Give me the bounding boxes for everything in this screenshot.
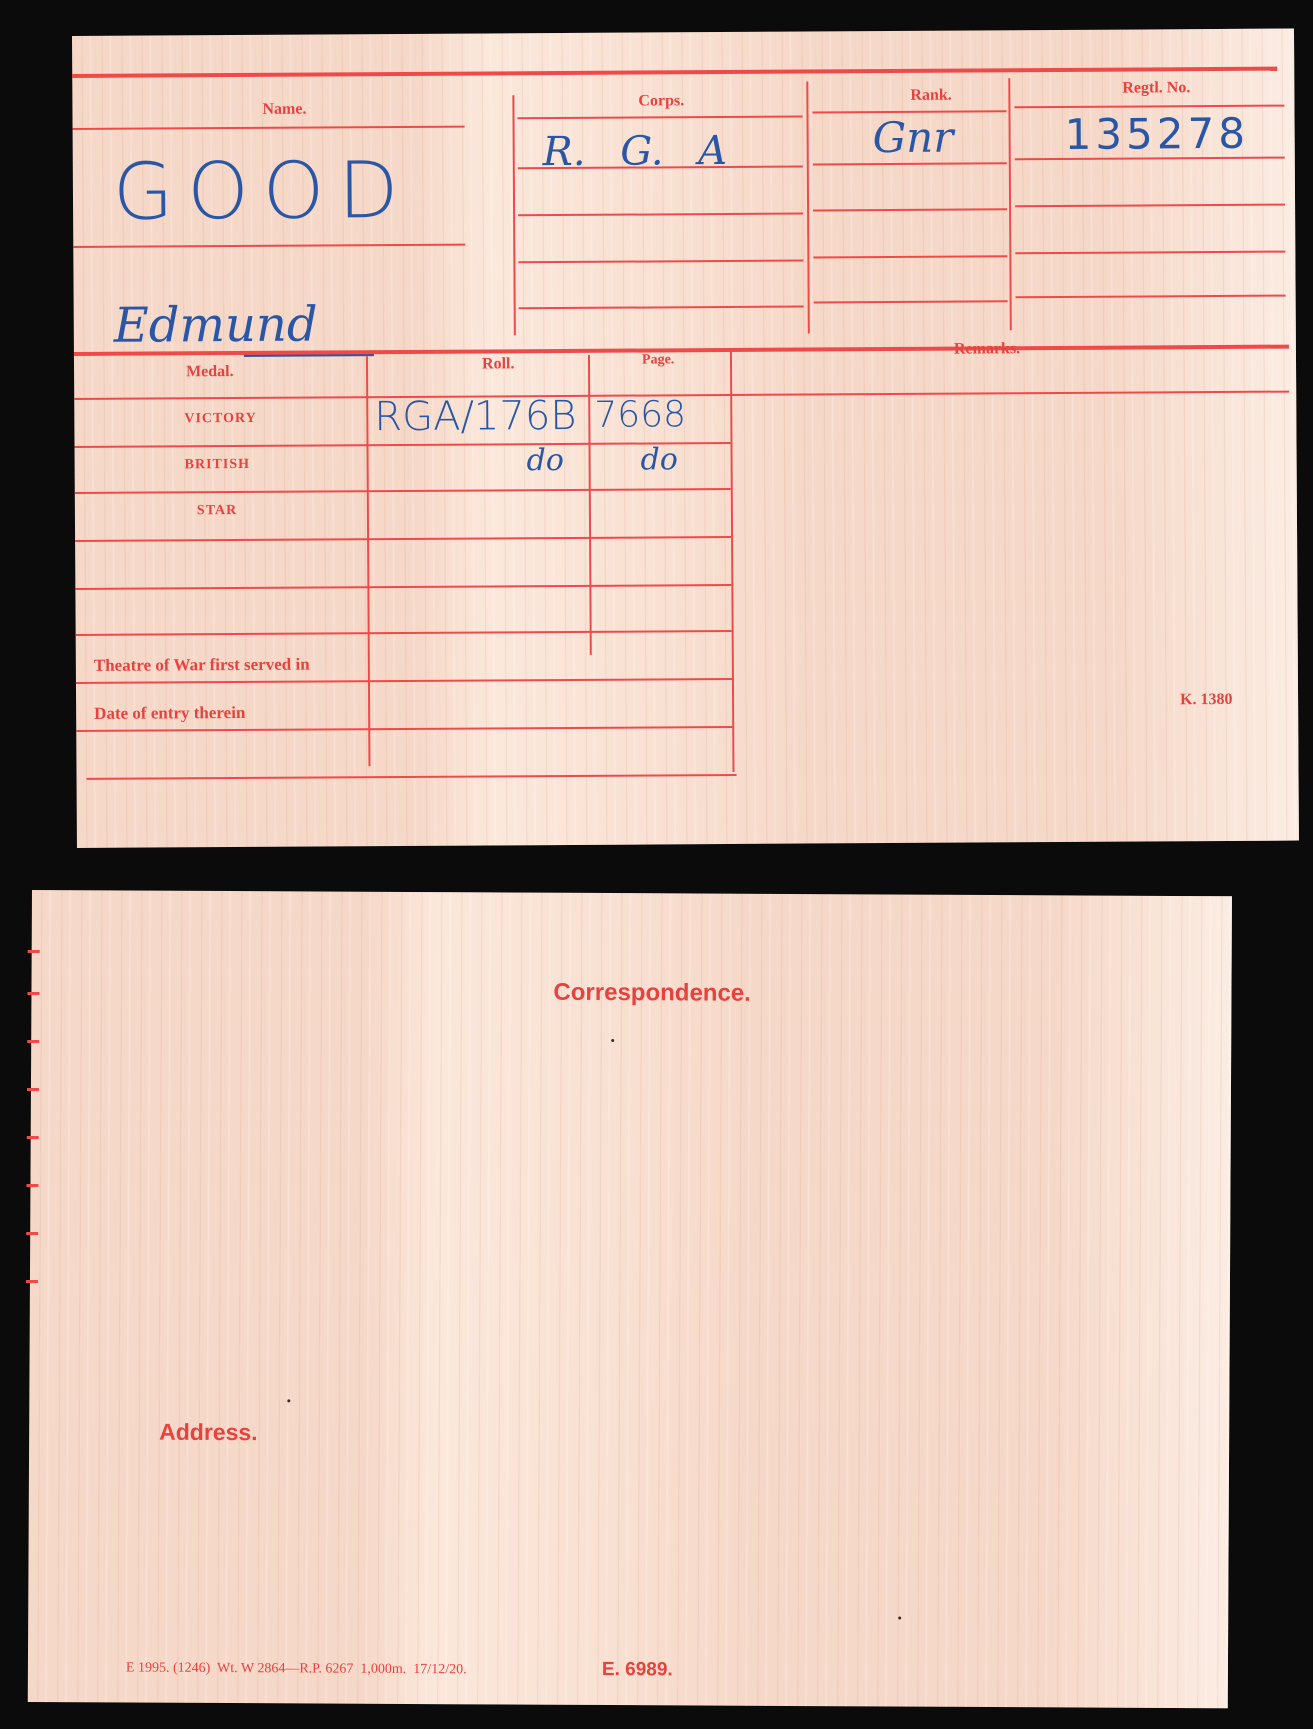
- speck: [611, 1039, 614, 1042]
- medal-label-british: BRITISH: [185, 457, 250, 473]
- margin-tick: [27, 992, 39, 995]
- rule: [1015, 204, 1285, 208]
- rule: [813, 162, 1007, 165]
- medal-label-star: STAR: [197, 503, 237, 519]
- rule-vertical: [588, 355, 592, 655]
- rule-vertical: [730, 352, 735, 772]
- rule: [73, 126, 465, 130]
- corps-entry: R. G. A: [543, 128, 728, 175]
- rule: [75, 488, 731, 494]
- rule-vertical: [512, 95, 515, 335]
- rule: [1016, 295, 1286, 299]
- form-code: K. 1380: [1180, 691, 1233, 709]
- medal-index-card-back: Correspondence. Address. E 1995. (1246) …: [28, 890, 1232, 1708]
- rule: [73, 244, 465, 248]
- header-roll: Roll.: [482, 355, 515, 373]
- rank-entry: Gnr: [872, 113, 953, 162]
- medal-index-card-front: Name. GOOD Edmund Corps. R. G. A Rank. G…: [72, 29, 1299, 848]
- rule: [75, 584, 731, 590]
- rule: [518, 260, 803, 264]
- british-roll-entry: do: [526, 443, 563, 478]
- header-regtl-no: Regtl. No.: [1122, 79, 1190, 97]
- rule: [75, 442, 731, 448]
- margin-tick: [27, 1040, 39, 1043]
- rule: [87, 774, 737, 780]
- print-reference-line: E 1995. (1246) Wt. W 2864—R.P. 6267 1,00…: [126, 1661, 467, 1679]
- address-label: Address.: [159, 1419, 258, 1447]
- rule: [813, 255, 1007, 258]
- rule-vertical: [366, 356, 371, 766]
- header-page: Page.: [642, 352, 674, 368]
- victory-page-entry: 7668: [594, 394, 686, 436]
- margin-tick: [27, 1088, 39, 1091]
- rule: [1014, 105, 1284, 109]
- margin-tick: [26, 1232, 38, 1235]
- margin-tick: [26, 1280, 38, 1283]
- victory-roll-entry: RGA/176B: [374, 393, 576, 440]
- margin-tick: [26, 1184, 38, 1187]
- medal-label-victory: VICTORY: [184, 411, 256, 427]
- rule: [1015, 251, 1285, 255]
- margin-tick: [28, 950, 40, 953]
- print-code: E. 6989.: [602, 1659, 673, 1681]
- rule: [518, 213, 803, 217]
- british-page-entry: do: [640, 442, 677, 477]
- speck: [287, 1399, 290, 1402]
- rule-vertical: [806, 82, 810, 334]
- rule: [814, 300, 1008, 303]
- rule: [519, 306, 804, 310]
- speck: [898, 1617, 901, 1620]
- rule: [76, 630, 732, 636]
- regtl-no-entry: 135278: [1064, 109, 1249, 159]
- rule: [76, 678, 732, 684]
- header-rank: Rank.: [910, 87, 951, 105]
- rule-vertical: [1008, 78, 1012, 330]
- header-corps: Corps.: [638, 92, 684, 110]
- surname-entry: GOOD: [113, 146, 413, 238]
- theatre-of-war-label: Theatre of War first served in: [94, 655, 310, 676]
- header-name: Name.: [262, 101, 306, 119]
- forename-entry: Edmund: [114, 297, 318, 354]
- margin-tick: [27, 1136, 39, 1139]
- rule-top: [72, 67, 1277, 78]
- rule: [518, 116, 803, 120]
- date-of-entry-label: Date of entry therein: [94, 703, 245, 724]
- rule: [813, 208, 1007, 211]
- rule: [75, 536, 731, 542]
- header-medal: Medal.: [186, 363, 234, 381]
- correspondence-heading: Correspondence.: [553, 979, 751, 1008]
- rule: [76, 726, 732, 732]
- header-remarks: Remarks.: [954, 340, 1020, 358]
